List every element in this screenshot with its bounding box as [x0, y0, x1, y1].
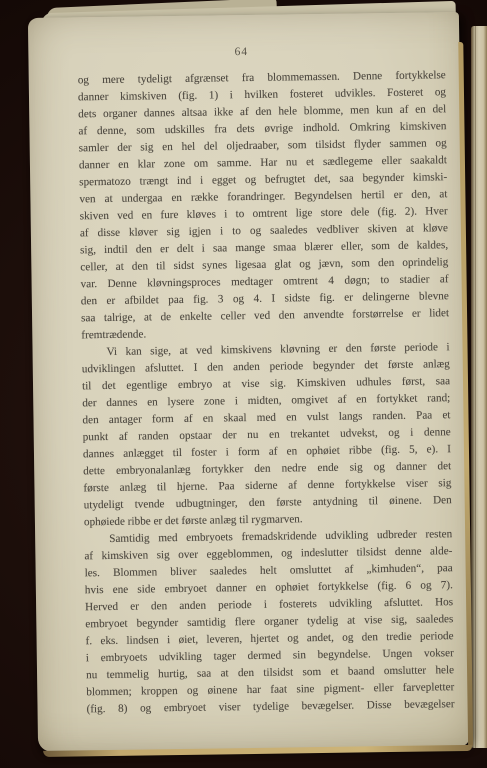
page-number: 64 [57, 42, 425, 62]
page-body-text: og mere tydeligt afgrænset fra blommemas… [78, 67, 455, 718]
book-page: 64 og mere tydeligt afgrænset fra blomme… [28, 12, 469, 752]
book-scan: 64 og mere tydeligt afgrænset fra blomme… [0, 0, 487, 768]
book-fore-edge-pages [471, 26, 487, 748]
page-content-area: 64 og mere tydeligt afgrænset fra blomme… [28, 12, 469, 752]
